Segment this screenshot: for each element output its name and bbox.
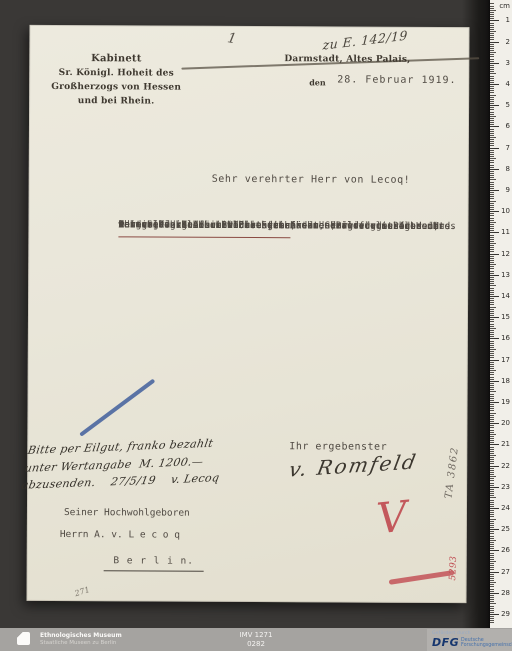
ruler-mm-tick (490, 608, 494, 609)
ruler-mm-tick (490, 379, 494, 380)
red-pencil-line (389, 570, 455, 585)
ruler-mm-tick (490, 16, 494, 17)
ruler-mm-tick (490, 527, 494, 528)
ruler-mm-tick (490, 523, 494, 524)
ruler-mm-tick (490, 145, 494, 146)
ruler-mm-tick (490, 355, 494, 356)
ruler-mm-tick (490, 374, 494, 375)
ruler-cm-label: 22 (501, 462, 510, 470)
ruler-mm-tick (490, 502, 494, 503)
ruler-mm-tick (490, 432, 494, 433)
ruler-mm-tick (490, 116, 496, 117)
ruler-mm-tick (490, 194, 494, 195)
ruler-mm-tick (490, 150, 494, 151)
pencil-corner-number: 271 (74, 585, 91, 598)
ruler-mm-tick (490, 468, 494, 469)
letterhead-line: Sr. Königl. Hoheit des (41, 66, 191, 81)
ruler-mm-tick (490, 69, 494, 70)
ruler-mm-tick (490, 349, 496, 350)
ruler-mm-tick (490, 321, 494, 322)
ruler-mm-tick (490, 25, 494, 26)
ruler-cm-label: 25 (501, 525, 510, 533)
ruler-mm-tick (490, 434, 496, 435)
ruler-mm-tick (490, 372, 494, 373)
ruler-mm-tick (490, 220, 494, 221)
ruler-mm-tick (490, 362, 494, 363)
ruler-mm-tick (490, 141, 494, 142)
handwritten-file-annotation: zu E. 142/19 (322, 28, 408, 53)
ruler-mm-tick (490, 107, 494, 108)
ruler-mm-tick (490, 506, 494, 507)
ruler-mm-tick (490, 519, 496, 520)
ruler-mm-tick (490, 76, 494, 77)
recipient-city: B e r l i n. (104, 555, 204, 572)
ruler-mm-tick (490, 18, 494, 19)
ruler-cm-label: 26 (501, 546, 510, 554)
ruler-mm-tick (490, 612, 494, 613)
ruler-mm-tick (490, 531, 494, 532)
ruler-mm-tick (490, 315, 494, 316)
ruler-mm-tick (490, 118, 494, 119)
ruler-cm-tick (490, 84, 499, 85)
ruler-mm-tick (490, 92, 494, 93)
ruler-mm-tick (490, 120, 494, 121)
ruler-mm-tick (490, 470, 494, 471)
ruler-mm-tick (490, 137, 496, 138)
pencil-ta-number: TA 3862 (442, 432, 463, 513)
ruler-mm-tick (490, 186, 494, 187)
ruler-mm-tick (490, 565, 494, 566)
ruler-mm-tick (490, 557, 494, 558)
ruler-mm-tick (490, 198, 494, 199)
ruler-mm-tick (490, 542, 494, 543)
ruler-mm-tick (490, 10, 496, 11)
ruler-cm-tick (490, 593, 499, 594)
ruler-mm-tick (490, 440, 494, 441)
ruler-cm-label: 10 (501, 207, 510, 215)
ruler-mm-tick (490, 73, 496, 74)
ruler-mm-tick (490, 56, 494, 57)
ruler-mm-tick (490, 497, 496, 498)
ruler-mm-tick (490, 536, 494, 537)
ruler-mm-tick (490, 78, 494, 79)
ruler-mm-tick (490, 86, 494, 87)
ruler-mm-tick (490, 391, 496, 392)
ruler-mm-tick (490, 404, 494, 405)
ruler-mm-tick (490, 80, 494, 81)
ruler-mm-tick (490, 396, 494, 397)
ruler-mm-tick (490, 288, 494, 289)
ruler-mm-tick (490, 23, 494, 24)
recipient-address: Seiner HochwohlgeborenHerrn A. v. L e c … (60, 502, 190, 547)
ruler-mm-tick (490, 525, 494, 526)
ruler-mm-tick (490, 493, 494, 494)
ruler-mm-tick (490, 406, 494, 407)
ruler-mm-tick (490, 385, 494, 386)
recipient-line: Herrn A. v. L e c o q (60, 524, 190, 547)
ruler-cm-tick (490, 402, 499, 403)
ruler-cm-label: 21 (501, 440, 510, 448)
ruler-mm-tick (490, 516, 494, 517)
ruler-mm-tick (490, 453, 494, 454)
ruler-mm-tick (490, 37, 494, 38)
ruler-cm-tick (490, 105, 499, 106)
ruler-mm-tick (490, 114, 494, 115)
ruler-mm-tick (490, 584, 494, 585)
ruler-cm-label: 4 (506, 80, 510, 88)
ruler-mm-tick (490, 447, 494, 448)
ruler-mm-tick (490, 563, 494, 564)
ruler-mm-tick (490, 512, 494, 513)
ruler-mm-tick (490, 209, 494, 210)
ruler-mm-tick (490, 427, 494, 428)
ruler-mm-tick (490, 616, 494, 617)
ruler-mm-tick (490, 88, 494, 89)
ruler-cm-tick (490, 63, 499, 64)
ruler-cm-tick (490, 572, 499, 573)
ruler-mm-tick (490, 8, 494, 9)
ruler-mm-tick (490, 162, 494, 163)
ruler-mm-tick (490, 196, 494, 197)
handwritten-shipping-note: Bitte per Eilgut, franko bezahltunter We… (20, 434, 227, 494)
ruler-mm-tick (490, 595, 494, 596)
ruler-mm-tick (490, 582, 496, 583)
ruler-mm-tick (490, 12, 494, 13)
ruler-mm-tick (490, 302, 494, 303)
ruler-mm-tick (490, 175, 494, 176)
ruler-cm-tick (490, 508, 499, 509)
ruler-mm-tick (490, 203, 494, 204)
ruler-mm-tick (490, 226, 494, 227)
letterhead-line: Großherzogs von Hessen (41, 80, 191, 95)
ruler-mm-tick (490, 90, 494, 91)
ruler-mm-tick (490, 389, 494, 390)
ruler-mm-tick (490, 285, 496, 286)
ruler-mm-tick (490, 538, 494, 539)
ruler-mm-tick (490, 177, 494, 178)
ruler-mm-tick (490, 368, 494, 369)
ruler-mm-tick (490, 154, 494, 155)
salutation: Sehr verehrter Herr von Lecoq! (212, 174, 411, 186)
ruler-mm-tick (490, 218, 494, 219)
ruler-cm-label: 6 (506, 122, 510, 130)
ruler-mm-tick (490, 135, 494, 136)
ruler-cm-label: 11 (501, 228, 510, 236)
ruler-cm-tick (490, 423, 499, 424)
letterhead-line: und bei Rhein. (41, 94, 191, 109)
ruler-mm-tick (490, 504, 494, 505)
ruler-mm-tick (490, 245, 494, 246)
ruler-mm-tick (490, 50, 494, 51)
ruler-mm-tick (490, 184, 494, 185)
ruler-mm-tick (490, 546, 494, 547)
ruler-mm-tick (490, 417, 494, 418)
ruler-mm-tick (490, 461, 494, 462)
ruler-mm-tick (490, 394, 494, 395)
ruler-mm-tick (490, 576, 494, 577)
ruler-mm-tick (490, 421, 494, 422)
ruler-mm-tick (490, 182, 494, 183)
ruler-mm-tick (490, 224, 494, 225)
ruler-cm-tick (490, 466, 499, 467)
closing-line: Ihr ergebenster (289, 441, 387, 453)
ruler-mm-tick (490, 277, 494, 278)
ruler-mm-tick (490, 52, 496, 53)
ruler-cm-tick (490, 20, 499, 21)
ruler-mm-tick (490, 101, 494, 102)
ruler-mm-tick (490, 341, 494, 342)
ruler-mm-tick (490, 561, 496, 562)
ruler-mm-tick (490, 610, 494, 611)
ruler: cm 1234567891011121314151617181920212223… (490, 0, 512, 628)
ruler-mm-tick (490, 173, 494, 174)
ruler-cm-tick (490, 148, 499, 149)
ruler-mm-tick (490, 67, 494, 68)
ruler-mm-tick (490, 290, 494, 291)
ruler-mm-tick (490, 35, 494, 36)
ruler-mm-tick (490, 241, 494, 242)
ruler-mm-tick (490, 463, 494, 464)
ruler-mm-tick (490, 620, 494, 621)
ruler-mm-tick (490, 457, 494, 458)
ruler-cm-label: 3 (506, 59, 510, 67)
ruler-mm-tick (490, 364, 494, 365)
ruler-mm-tick (490, 580, 494, 581)
ruler-cm-label: 29 (501, 610, 510, 618)
ruler-mm-tick (490, 65, 494, 66)
ruler-mm-tick (490, 398, 494, 399)
ruler-mm-tick (490, 309, 494, 310)
ruler-mm-tick (490, 256, 494, 257)
ruler-mm-tick (490, 171, 494, 172)
ruler-mm-tick (490, 292, 494, 293)
letter-page: KabinettSr. Königl. Hoheit desGroßherzog… (26, 25, 469, 603)
ruler-mm-tick (490, 279, 494, 280)
ruler-mm-tick (490, 343, 494, 344)
ruler-mm-tick (490, 430, 494, 431)
ruler-mm-tick (490, 408, 494, 409)
ruler-mm-tick (490, 328, 496, 329)
ruler-mm-tick (490, 567, 494, 568)
ruler-cm-tick (490, 42, 499, 43)
blue-pencil-mark (79, 379, 155, 437)
ruler-mm-tick (490, 201, 496, 202)
ruler-mm-tick (490, 383, 494, 384)
ruler-mm-tick (490, 298, 494, 299)
ruler-mm-tick (490, 300, 494, 301)
recipient-line: Seiner Hochwohlgeboren (60, 502, 190, 525)
ruler-cm-label: 28 (501, 589, 510, 597)
ruler-mm-tick (490, 48, 494, 49)
dfg-logo-box: Gefördert durch DFG Deutsche Forschungsg… (427, 629, 512, 651)
ruler-mm-tick (490, 109, 494, 110)
ruler-mm-tick (490, 271, 494, 272)
ruler-mm-tick (490, 54, 494, 55)
ruler-mm-tick (490, 377, 494, 378)
ruler-mm-tick (490, 347, 494, 348)
ruler-unit-label: cm (499, 2, 510, 10)
ruler-cm-label: 15 (501, 313, 510, 321)
ruler-cm-label: 12 (501, 250, 510, 258)
ruler-mm-tick (490, 483, 494, 484)
ruler-mm-tick (490, 71, 494, 72)
ruler-mm-tick (490, 324, 494, 325)
ruler-cm-label: 14 (501, 292, 510, 300)
letterhead-line: Kabinett (41, 52, 191, 67)
ruler-mm-tick (490, 413, 496, 414)
ruler-cm-label: 9 (506, 186, 510, 194)
ruler-mm-tick (490, 3, 494, 4)
ruler-mm-tick (490, 205, 494, 206)
ruler-mm-tick (490, 425, 494, 426)
ruler-mm-tick (490, 239, 494, 240)
ruler-mm-tick (490, 192, 494, 193)
ruler-mm-tick (490, 544, 494, 545)
ruler-cm-label: 23 (501, 483, 510, 491)
ruler-mm-tick (490, 332, 494, 333)
ruler-cm-tick (490, 190, 499, 191)
ruler-mm-tick (490, 304, 494, 305)
ruler-mm-tick (490, 273, 494, 274)
ruler-mm-tick (490, 455, 496, 456)
ruler-mm-tick (490, 14, 494, 15)
ruler-mm-tick (490, 336, 494, 337)
ruler-mm-tick (490, 574, 494, 575)
ruler-mm-tick (490, 165, 494, 166)
ruler-mm-tick (490, 474, 494, 475)
footer-bar: Ethnologisches Museum Staatliche Museen … (0, 628, 512, 651)
ruler-mm-tick (490, 533, 494, 534)
ruler-mm-tick (490, 103, 494, 104)
ruler-mm-tick (490, 59, 494, 60)
ruler-mm-tick (490, 578, 494, 579)
ruler-mm-tick (490, 514, 494, 515)
ruler-mm-tick (490, 491, 494, 492)
ruler-cm-tick (490, 487, 499, 488)
ruler-mm-tick (490, 601, 494, 602)
ruler-mm-tick (490, 213, 494, 214)
ruler-mm-tick (490, 495, 494, 496)
ruler-mm-tick (490, 99, 494, 100)
ruler-mm-tick (490, 39, 494, 40)
ruler-mm-tick (490, 129, 494, 130)
ruler-mm-tick (490, 415, 494, 416)
ruler-mm-tick (490, 156, 494, 157)
ruler-mm-tick (490, 313, 494, 314)
ruler-mm-tick (490, 319, 494, 320)
ruler-mm-tick (490, 618, 494, 619)
ruler-mm-tick (490, 521, 494, 522)
ruler-mm-tick (490, 334, 494, 335)
ruler-mm-tick (490, 258, 494, 259)
ruler-mm-tick (490, 400, 494, 401)
ruler-mm-tick (490, 228, 494, 229)
ruler-mm-tick (490, 370, 496, 371)
typed-date: 28. Februar 1919. (337, 74, 456, 86)
ruler-cm-tick (490, 254, 499, 255)
ruler-mm-tick (490, 480, 494, 481)
ruler-mm-tick (490, 591, 494, 592)
ruler-mm-tick (490, 476, 496, 477)
ruler-mm-tick (490, 33, 494, 34)
ruler-mm-tick (490, 586, 494, 587)
ruler-cm-label: 2 (506, 38, 510, 46)
ruler-mm-tick (490, 44, 494, 45)
ruler-mm-tick (490, 6, 494, 7)
ruler-mm-tick (490, 307, 496, 308)
ruler-mm-tick (490, 603, 496, 604)
ruler-mm-tick (490, 281, 494, 282)
ruler-mm-tick (490, 489, 494, 490)
ruler-mm-tick (490, 230, 494, 231)
ruler-cm-label: 19 (501, 398, 510, 406)
dfg-logo-icon: DFG (432, 636, 459, 649)
ruler-mm-tick (490, 46, 494, 47)
ruler-mm-tick (490, 548, 494, 549)
ruler-mm-tick (490, 283, 494, 284)
ruler-mm-tick (490, 247, 494, 248)
ruler-cm-label: 16 (501, 334, 510, 342)
body-line: senden, verbleibe ich mit dem Ausdruck v… (119, 215, 464, 217)
ruler-mm-tick (490, 131, 494, 132)
ruler-mm-tick (490, 510, 494, 511)
ruler-mm-tick (490, 61, 494, 62)
ruler-mm-tick (490, 167, 494, 168)
ruler-mm-tick (490, 311, 494, 312)
ruler-cm-label: 8 (506, 165, 510, 173)
ruler-mm-tick (490, 366, 494, 367)
date-prefix: den (309, 77, 326, 87)
ruler-cm-label: 24 (501, 504, 510, 512)
ruler-mm-tick (490, 243, 496, 244)
ruler-mm-tick (490, 97, 494, 98)
ruler-cm-label: 18 (501, 377, 510, 385)
ruler-mm-tick (490, 622, 494, 623)
ruler-cm-label: 7 (506, 144, 510, 152)
red-check-mark: V (375, 491, 410, 543)
ruler-mm-tick (490, 266, 494, 267)
ruler-mm-tick (490, 540, 496, 541)
ruler-mm-tick (490, 357, 494, 358)
ruler-mm-tick (490, 500, 494, 501)
ruler-mm-tick (490, 29, 494, 30)
ruler-mm-tick (490, 345, 494, 346)
ruler-cm-tick (490, 232, 499, 233)
ruler-cm-tick (490, 360, 499, 361)
ruler-mm-tick (490, 555, 494, 556)
ruler-mm-tick (490, 143, 494, 144)
ruler-cm-label: 5 (506, 101, 510, 109)
ruler-mm-tick (490, 438, 494, 439)
ruler-mm-tick (490, 260, 494, 261)
ruler-mm-tick (490, 330, 494, 331)
ruler-mm-tick (490, 268, 494, 269)
ruler-mm-tick (490, 207, 494, 208)
ruler-mm-tick (490, 485, 494, 486)
ruler-cm-label: 27 (501, 568, 510, 576)
letter-body: Ich habe Ihren geschätzten Brief vom 24.… (119, 215, 464, 217)
ruler-cm-tick (490, 169, 499, 170)
ruler-mm-tick (490, 122, 494, 123)
ruler-mm-tick (490, 249, 494, 250)
ruler-mm-tick (490, 188, 494, 189)
ruler-mm-tick (490, 599, 494, 600)
ruler-mm-tick (490, 95, 496, 96)
ruler-mm-tick (490, 222, 496, 223)
signature: v. Romfeld (287, 450, 420, 482)
ruler-cm-label: 13 (501, 271, 510, 279)
ruler-mm-tick (490, 264, 496, 265)
